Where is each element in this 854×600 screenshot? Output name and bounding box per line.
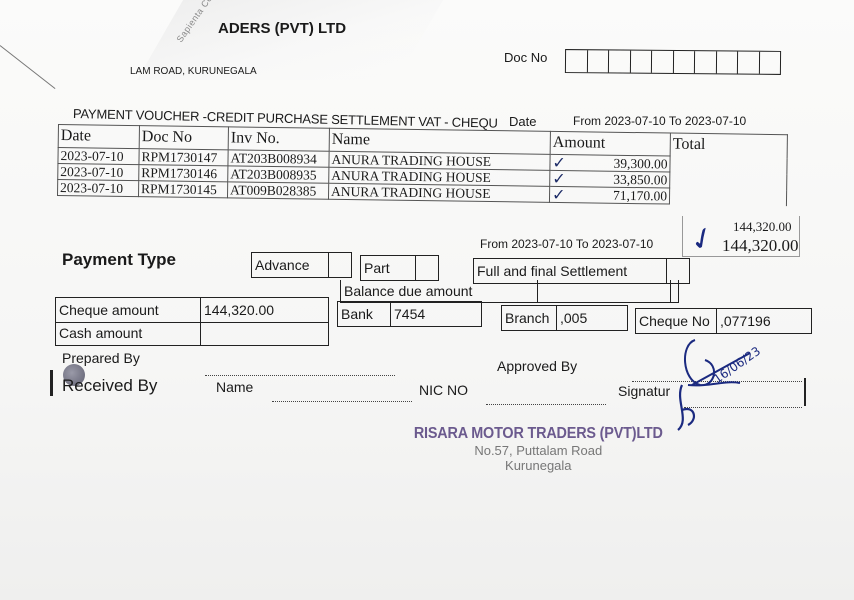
branch-field[interactable]: Branch ,005	[501, 305, 628, 331]
row-date: 2023-07-10	[58, 164, 139, 181]
cheque-amount-value[interactable]: 144,320.00	[200, 298, 327, 322]
doc-no-box[interactable]	[695, 51, 717, 73]
cheque-amount-field[interactable]: Cheque amount 144,320.00	[55, 297, 329, 323]
company-stamp: RISARA MOTOR TRADERS (PVT)LTD No.57, Put…	[400, 425, 677, 473]
col-inv-no: Inv No.	[228, 127, 329, 151]
doc-no-label: Doc No	[504, 50, 547, 65]
row-name: ANURA TRADING HOUSE	[328, 183, 549, 202]
col-total: Total	[670, 133, 787, 158]
nic-line[interactable]	[486, 403, 606, 405]
row-amount: ✓33,850.00	[550, 170, 670, 188]
balance-due-divider	[670, 280, 678, 302]
doc-no-box[interactable]	[630, 51, 652, 73]
row-amount: ✓39,300.00	[550, 154, 670, 172]
part-checkbox[interactable]	[415, 256, 438, 280]
date-label: Date	[509, 114, 536, 129]
signature-label: Signatur	[618, 383, 670, 399]
row-inv-no: AT009B028385	[227, 182, 328, 199]
handwritten-signature	[670, 325, 810, 435]
amount-value: 71,170.00	[613, 188, 667, 204]
amount-value: 39,300.00	[613, 156, 667, 172]
row-amount: ✓71,170.00	[549, 186, 669, 204]
option-advance[interactable]: Advance	[251, 252, 352, 278]
doc-no-box[interactable]	[566, 50, 588, 72]
settlement-table: Date Doc No Inv No. Name Amount Total 20…	[57, 124, 788, 206]
advance-checkbox[interactable]	[328, 253, 351, 277]
doc-no-box[interactable]	[738, 52, 760, 74]
payment-type-heading: Payment Type	[62, 250, 176, 270]
doc-no-box[interactable]	[587, 50, 609, 72]
bank-value[interactable]: 7454	[390, 302, 481, 326]
date-range: From 2023-07-10 To 2023-07-10	[573, 114, 746, 128]
bank-label: Bank	[338, 302, 390, 326]
stamp-company: RISARA MOTOR TRADERS (PVT)LTD	[414, 425, 663, 443]
branch-value[interactable]: ,005	[556, 306, 627, 330]
total-date-range: From 2023-07-10 To 2023-07-10	[480, 237, 653, 251]
row-inv-no: AT203B008935	[228, 166, 329, 183]
nic-label: NIC NO	[419, 382, 468, 398]
col-doc-no: Doc No	[139, 126, 228, 150]
subtotal-value: 144,320.00	[733, 219, 792, 235]
row-doc-no: RPM1730146	[139, 165, 228, 182]
cash-amount-value[interactable]	[200, 321, 327, 345]
balance-due-label: Balance due amount	[341, 280, 537, 302]
voucher-page: Sapienta Corp ADERS (PVT) LTD LAM ROAD, …	[0, 0, 854, 600]
doc-no-box[interactable]	[716, 51, 738, 73]
doc-no-box[interactable]	[652, 51, 674, 73]
amount-value: 33,850.00	[613, 172, 667, 188]
row-doc-no: RPM1730145	[138, 181, 227, 198]
col-name: Name	[329, 128, 550, 154]
cheque-amount-label: Cheque amount	[56, 298, 200, 322]
name-label: Name	[216, 379, 253, 395]
doc-no-box[interactable]	[673, 51, 695, 73]
check-icon: ✓	[552, 171, 566, 186]
check-icon: ✓	[552, 187, 566, 202]
approved-by-label: Approved By	[497, 358, 577, 374]
bank-field[interactable]: Bank 7454	[337, 301, 482, 327]
company-address: LAM ROAD, KURUNEGALA	[130, 66, 257, 77]
row-inv-no: AT203B008934	[228, 150, 329, 167]
row-total	[670, 156, 787, 174]
prepared-by-line[interactable]	[205, 374, 395, 376]
company-name: ADERS (PVT) LTD	[218, 20, 346, 37]
col-date: Date	[58, 125, 139, 149]
check-icon: ✓	[552, 155, 566, 170]
row-total	[670, 172, 787, 190]
balance-due-field[interactable]: Balance due amount	[340, 280, 679, 303]
margin-bar	[50, 370, 53, 396]
advance-label: Advance	[252, 253, 328, 277]
row-total	[669, 188, 786, 206]
row-date: 2023-07-10	[58, 180, 139, 197]
stamp-address: No.57, Puttalam Road	[400, 443, 677, 458]
branch-label: Branch	[502, 306, 556, 330]
total-value: 144,320.00	[722, 236, 799, 256]
doc-no-box[interactable]	[609, 50, 631, 72]
option-part[interactable]: Part	[360, 255, 439, 281]
row-doc-no: RPM1730147	[139, 149, 228, 166]
row-date: 2023-07-10	[58, 148, 139, 165]
part-label: Part	[361, 256, 415, 280]
received-by-label: Received By	[62, 376, 157, 396]
stamp-city: Kurunegala	[400, 458, 677, 473]
doc-no-box[interactable]	[759, 52, 780, 74]
col-amount: Amount	[550, 131, 670, 156]
name-line[interactable]	[272, 400, 412, 402]
crease-line	[0, 45, 55, 89]
balance-due-value[interactable]	[537, 280, 670, 302]
doc-no-field[interactable]	[565, 49, 781, 75]
cash-amount-label: Cash amount	[56, 321, 200, 345]
cash-amount-field[interactable]: Cash amount	[55, 321, 329, 346]
